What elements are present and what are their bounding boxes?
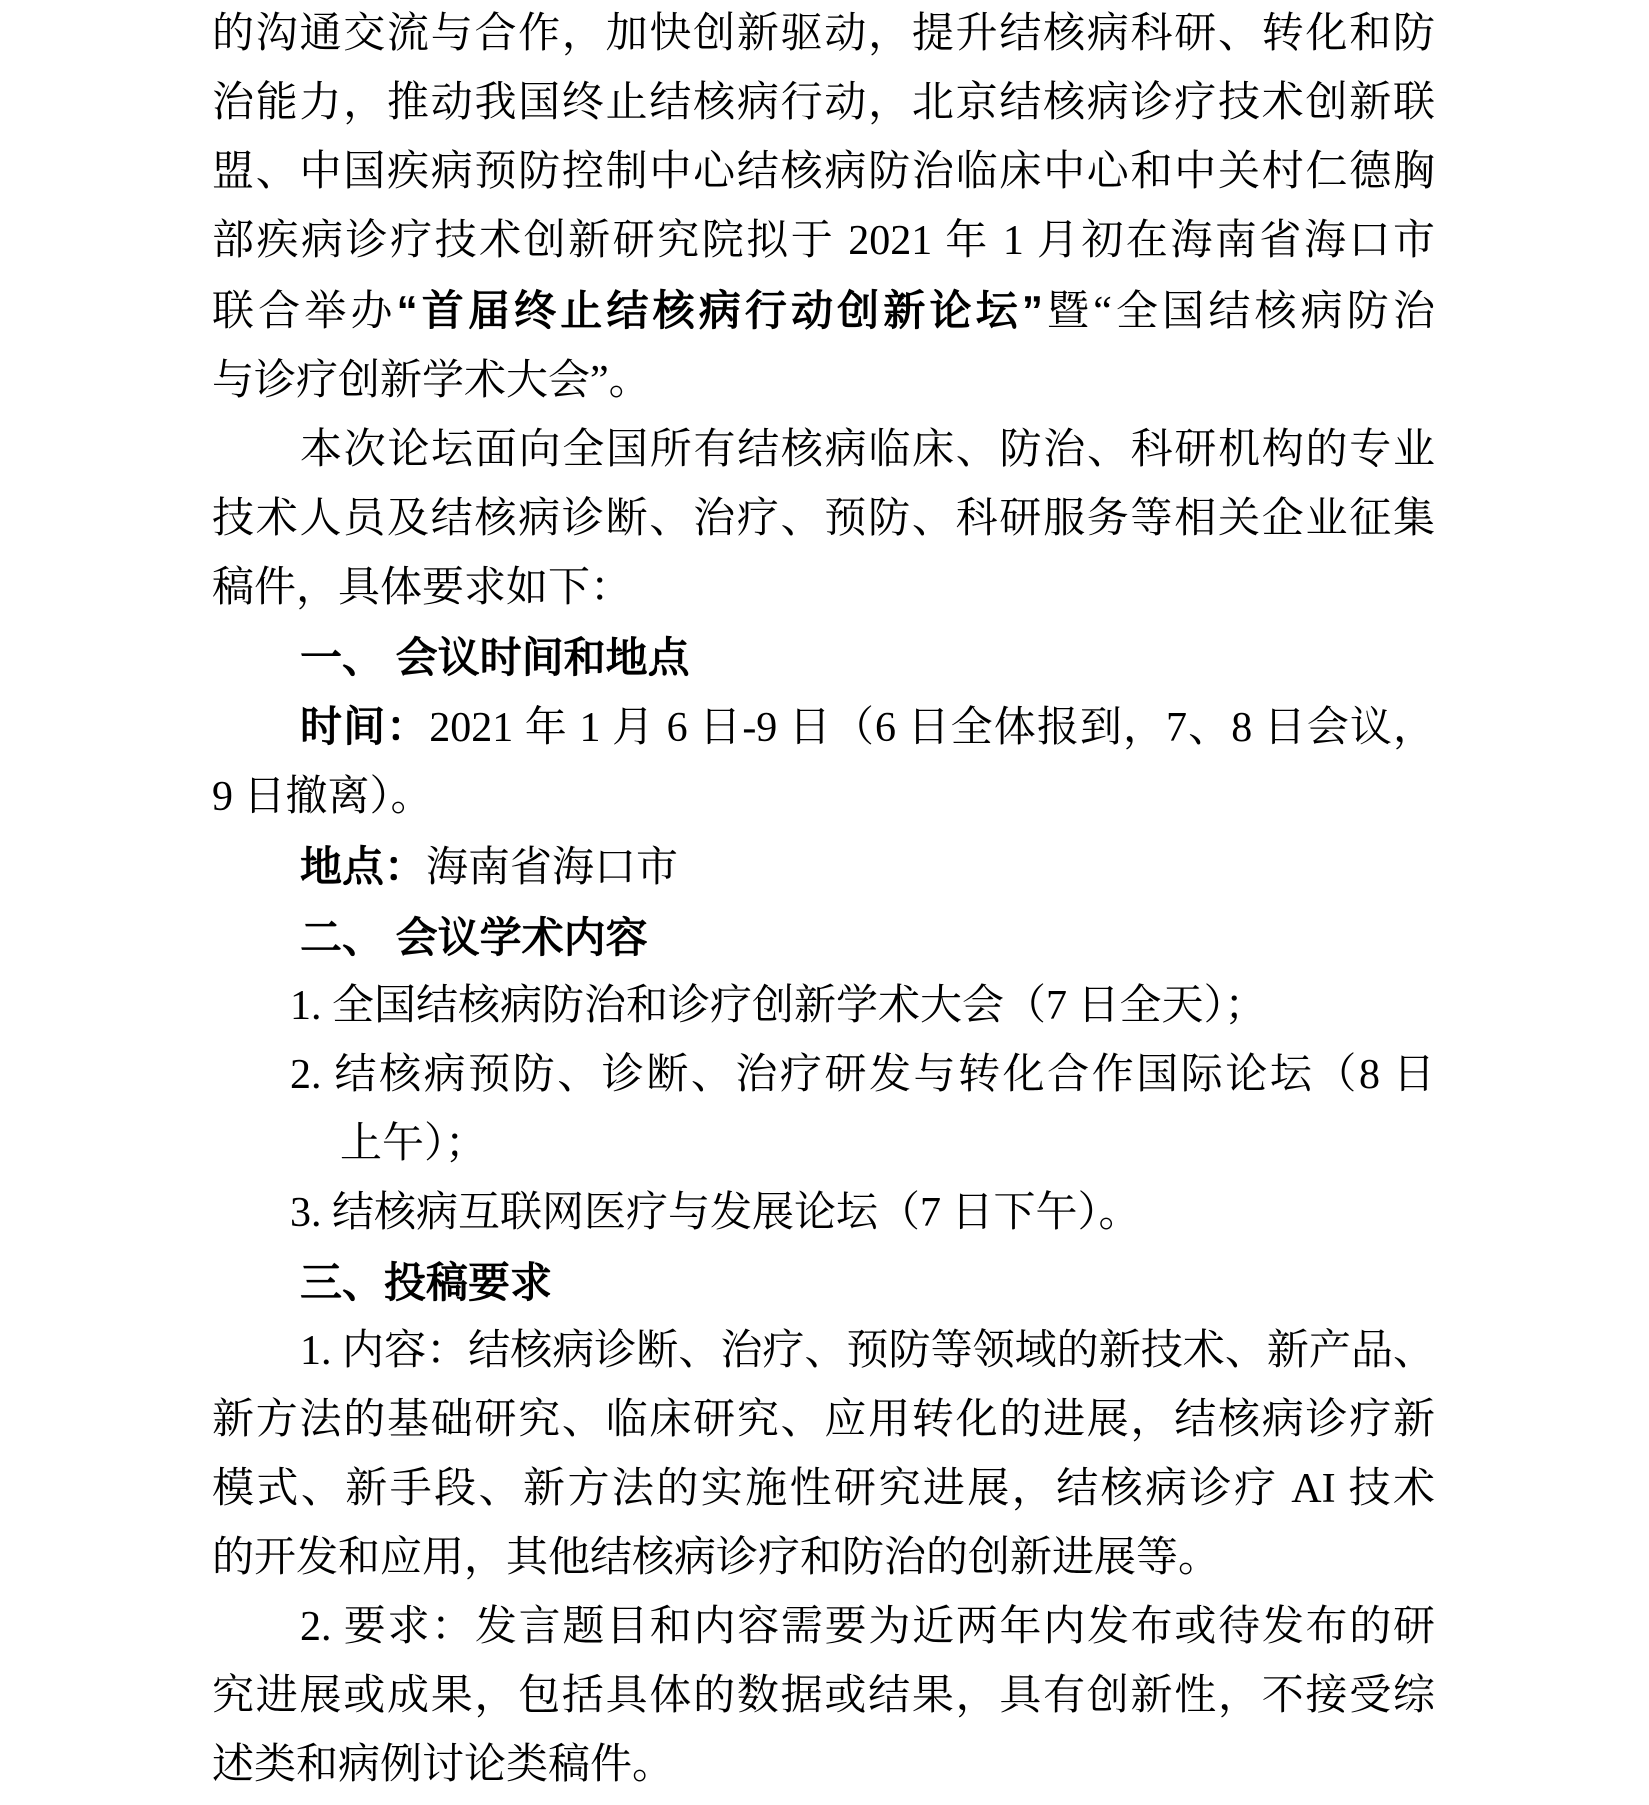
submission-requirement-line-1: 2. 要求：发言题目和内容需要为近两年内发布或待发布的研 (212, 1593, 1435, 1662)
time-line-2: 9 日撤离）。 (212, 763, 1435, 832)
section1-heading: 一、 会议时间和地点 (212, 623, 1435, 692)
location-line: 地点：海南省海口市 (212, 832, 1435, 903)
intro-line-4: 部疾病诊疗技术创新研究院拟于 2021 年 1 月初在海南省海口市 (212, 207, 1435, 276)
submission-content-line-2: 新方法的基础研究、临床研究、应用转化的进展，结核病诊疗新 (212, 1386, 1435, 1455)
location-value: 海南省海口市 (426, 845, 678, 891)
submission-requirement-line-2: 究进展或成果，包括具体的数据或结果，具有创新性，不接受综 (212, 1662, 1435, 1731)
location-label: 地点： (300, 843, 426, 890)
submission-content-line-1: 1. 内容：结核病诊断、治疗、预防等领域的新技术、新产品、 (212, 1317, 1435, 1386)
forum-announce-prefix: 联合举办 (212, 289, 397, 335)
scope-line-2: 技术人员及结核病诊断、治疗、预防、科研服务等相关企业征集 (212, 485, 1435, 554)
submission-content-line-3: 模式、新手段、新方法的实施性研究进展，结核病诊疗 AI 技术 (212, 1455, 1435, 1524)
submission-content-line-4: 的开发和应用，其他结核病诊疗和防治的创新进展等。 (212, 1524, 1435, 1593)
intro-line-1: 的沟通交流与合作，加快创新驱动，提升结核病科研、转化和防 (212, 0, 1435, 69)
intro-line-5: 联合举办“首届终止结核病行动创新论坛”暨“全国结核病防治 (212, 276, 1435, 347)
agenda-item-2-continuation: 上午）； (212, 1110, 1435, 1179)
time-label: 时间： (300, 703, 429, 750)
intro-line-2: 治能力，推动我国终止结核病行动，北京结核病诊疗技术创新联 (212, 69, 1435, 138)
time-line-1: 时间：2021 年 1 月 6 日-9 日（6 日全体报到，7、8 日会议， (212, 692, 1435, 763)
intro-line-6: 与诊疗创新学术大会”。 (212, 347, 1435, 416)
section2-heading: 二、 会议学术内容 (212, 903, 1435, 972)
agenda-item-2: 2. 结核病预防、诊断、治疗研发与转化合作国际论坛（8 日 (212, 1041, 1435, 1110)
forum-title-bold: “首届终止结核病行动创新论坛” (397, 287, 1043, 334)
submission-requirement-line-3: 述类和病例讨论类稿件。 (212, 1731, 1435, 1800)
document-page: 的沟通交流与合作，加快创新驱动，提升结核病科研、转化和防 治能力，推动我国终止结… (0, 0, 1649, 1805)
section3-heading: 三、投稿要求 (212, 1248, 1435, 1317)
intro-line-3: 盟、中国疾病预防控制中心结核病防治临床中心和中关村仁德胸 (212, 138, 1435, 207)
forum-announce-suffix: 暨“全国结核病防治 (1043, 289, 1435, 335)
document-text-block: 的沟通交流与合作，加快创新驱动，提升结核病科研、转化和防 治能力，推动我国终止结… (212, 0, 1435, 1800)
agenda-item-3: 3. 结核病互联网医疗与发展论坛（7 日下午）。 (212, 1179, 1435, 1248)
scope-line-1: 本次论坛面向全国所有结核病临床、防治、科研机构的专业 (212, 416, 1435, 485)
agenda-item-1: 1. 全国结核病防治和诊疗创新学术大会（7 日全天）； (212, 972, 1435, 1041)
scope-line-3: 稿件，具体要求如下： (212, 554, 1435, 623)
time-value: 2021 年 1 月 6 日-9 日（6 日全体报到，7、8 日会议， (429, 705, 1435, 751)
